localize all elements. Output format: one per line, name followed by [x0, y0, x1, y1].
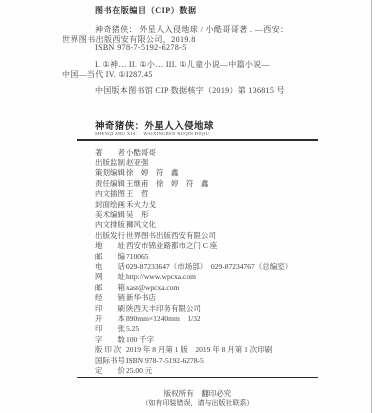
colophon-label: 内文排版 [95, 220, 126, 230]
colophon-label: 国际书号 [95, 356, 126, 366]
colophon-label: 网 址 [95, 272, 126, 282]
colophon-label: 邮 箱 [95, 283, 126, 293]
colophon-value: 徐 婷 符 鑫 [126, 168, 179, 178]
colophon-label: 地 址 [95, 241, 126, 251]
colophon-value: 禾火力戈 [126, 200, 156, 210]
colophon-label: 定 价 [95, 366, 126, 376]
colophon-value: 世界图书出版西安有限公司 [126, 231, 216, 241]
colophon-row: 经 销新华书店 [95, 293, 292, 303]
colophon-label: 电 话 [95, 262, 126, 272]
colophon-row: 出版发行世界图书出版西安有限公司 [95, 231, 292, 241]
book-title-pinyin: SHENQI ZHU XIA： WAIXINGREN RUQIN DIQIU [95, 131, 209, 137]
colophon-row: 邮 编710065 [95, 252, 292, 262]
colophon-row: 字 数100 千字 [95, 335, 292, 345]
colophon-value: xast@wpcxa.com [126, 283, 179, 293]
colophon-label: 封面绘画 [95, 200, 126, 210]
colophon-row: 开 本890mm×1240mm 1/32 [95, 314, 292, 324]
colophon-label: 版 印 次 [95, 345, 126, 355]
colophon-value: ISBN 978-7-5192-6278-5 [126, 356, 204, 366]
colophon-value: 2019 年 8 月第 1 版 2019 年 8 月第 1 次印刷 [126, 345, 272, 355]
colophon-label: 印 张 [95, 324, 126, 334]
colophon-row: 国际书号ISBN 978-7-5192-6278-5 [95, 356, 292, 366]
colophon-row: 网 址http://www.wpcxa.com [95, 272, 292, 282]
colophon-row: 封面绘画禾火力戈 [95, 200, 292, 210]
bottom-divider-rule [77, 377, 318, 379]
colophon-label: 内文插图 [95, 189, 126, 199]
colophon-value: 小酷哥哥 [126, 148, 156, 158]
cip-header: 图书在版编目（CIP）数据 [95, 5, 197, 16]
cip-record-number: 中国版本图书馆 CIP 数据核字（2019）第 136815 号 [95, 85, 285, 96]
colophon-label: 出版发行 [95, 231, 126, 241]
colophon-row: 内文插图王 哲 [95, 189, 292, 199]
colophon-value: 100 千字 [126, 335, 154, 345]
colophon-label: 出版监制 [95, 158, 126, 168]
colophon-row: 出版监制赵亚强 [95, 158, 292, 168]
colophon-value: 赵亚强 [126, 158, 149, 168]
colophon-label: 开 本 [95, 314, 126, 324]
colophon-label: 经 销 [95, 293, 126, 303]
top-divider-rule [77, 139, 318, 141]
colophon-value: 新华书店 [126, 293, 156, 303]
colophon-value: 710065 [126, 252, 149, 262]
cip-isbn-line: ISBN 978-7-5192-6278-5 [95, 43, 187, 52]
colophon-row: 策划编辑徐 婷 符 鑫 [95, 168, 292, 178]
colophon-value: 吴 彤 [126, 210, 149, 220]
colophon-value: 王 哲 [126, 189, 149, 199]
colophon-row: 著 者小酷哥哥 [95, 148, 292, 158]
colophon-rows: 著 者小酷哥哥出版监制赵亚强策划编辑徐 婷 符 鑫责任编辑王继甫 徐 婷 符 鑫… [95, 148, 292, 377]
cip-classification-line-2: 中国—当代 IV. ①I287.45 [62, 69, 153, 80]
colophon-row: 版 印 次2019 年 8 月第 1 版 2019 年 8 月第 1 次印刷 [95, 345, 292, 355]
colophon-label: 印 刷 [95, 304, 126, 314]
misprint-contact-note: （如有印装错误，请与出版社联系） [77, 398, 318, 408]
colophon-row: 电 话029-87233647（市场部） 029-87234767（总编室） [95, 262, 292, 272]
colophon-row: 美术编辑吴 彤 [95, 210, 292, 220]
colophon-value: 5.25 [126, 324, 139, 334]
colophon-row: 印 刷陕西天丰印务有限公司 [95, 304, 292, 314]
colophon-label: 美术编辑 [95, 210, 126, 220]
colophon-value: 25.00 元 [126, 366, 152, 376]
colophon-label: 责任编辑 [95, 179, 126, 189]
colophon-value: 王继甫 徐 婷 符 鑫 [126, 179, 209, 189]
colophon-label: 著 者 [95, 148, 126, 158]
colophon-row: 地 址西安市锦业路都市之门 C 座 [95, 241, 292, 251]
book-title: 神奇猪侠：外星人入侵地球 [95, 118, 214, 132]
colophon-value: http://www.wpcxa.com [126, 272, 196, 282]
colophon-row: 邮 箱xast@wpcxa.com [95, 283, 292, 293]
colophon-label: 字 数 [95, 335, 126, 345]
colophon-label: 邮 编 [95, 252, 126, 262]
colophon-value: 陕西天丰印务有限公司 [126, 304, 201, 314]
colophon-row: 定 价25.00 元 [95, 366, 292, 376]
colophon-label: 策划编辑 [95, 168, 126, 178]
page-edge-line [371, 0, 372, 413]
colophon-value: 狮风文化 [126, 220, 156, 230]
copyright-page: 图书在版编目（CIP）数据 神奇猪侠： 外星人入侵地球 / 小酷哥哥著 . —西… [0, 0, 375, 413]
colophon-row: 印 张5.25 [95, 324, 292, 334]
colophon-value: 890mm×1240mm 1/32 [126, 314, 201, 324]
colophon-value: 西安市锦业路都市之门 C 座 [126, 241, 217, 251]
colophon-value: 029-87233647（市场部） 029-87234767（总编室） [126, 262, 292, 272]
colophon-row: 内文排版狮风文化 [95, 220, 292, 230]
colophon-row: 责任编辑王继甫 徐 婷 符 鑫 [95, 179, 292, 189]
